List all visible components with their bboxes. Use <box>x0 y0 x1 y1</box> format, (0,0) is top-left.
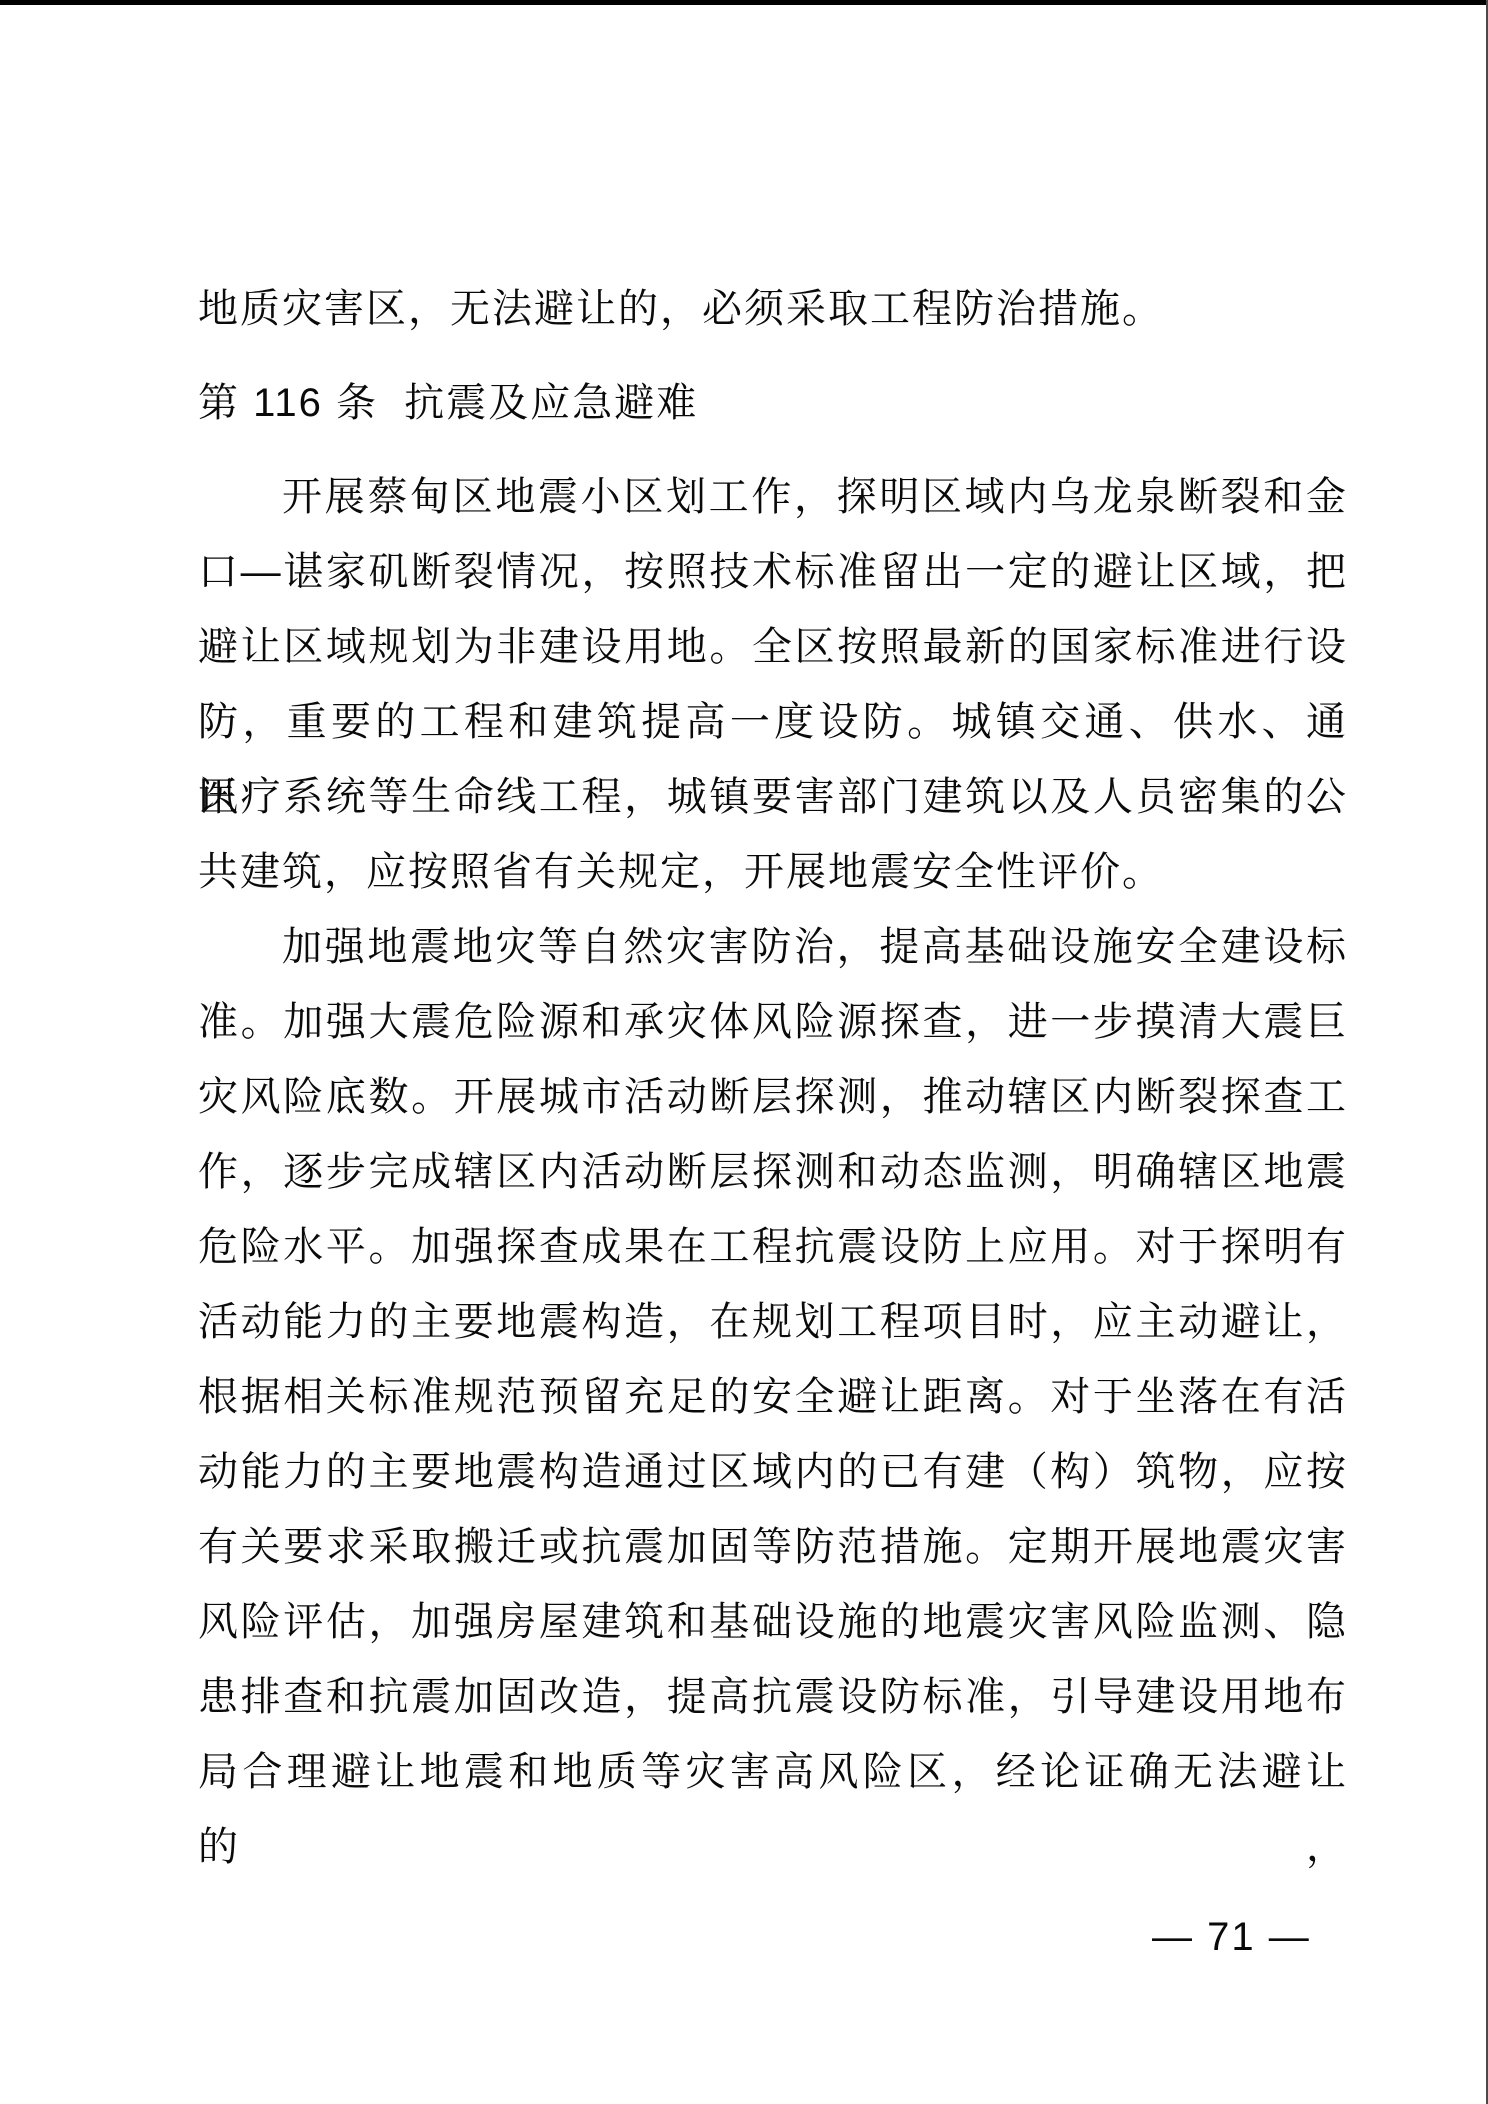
paragraph-2-line: 加强地震地灾等自然灾害防治，提高基础设施安全建设标 <box>198 910 1348 985</box>
paragraph-1-line: 防，重要的工程和建筑提高一度设防。城镇交通、供水、通讯、 <box>198 685 1348 760</box>
page-number: — 71 — <box>1152 1912 1311 1962</box>
paragraph-2-line: 风险评估，加强房屋建筑和基础设施的地震灾害风险监测、隐 <box>198 1585 1348 1660</box>
paragraph-2-line: 局合理避让地震和地质等灾害高风险区，经论证确无法避让的， <box>198 1735 1348 1810</box>
paragraph-2-line: 根据相关标准规范预留充足的安全避让距离。对于坐落在有活 <box>198 1360 1348 1435</box>
paragraph-1-line: 医疗系统等生命线工程，城镇要害部门建筑以及人员密集的公 <box>198 760 1348 835</box>
paragraph-1-line: 口—谌家矶断裂情况，按照技术标准留出一定的避让区域，把 <box>198 535 1348 610</box>
scan-top-edge <box>0 0 1488 5</box>
article-heading: 第 116 条 抗震及应急避难 <box>198 366 1348 441</box>
paragraph-2-line: 动能力的主要地震构造通过区域内的已有建（构）筑物，应按 <box>198 1435 1348 1510</box>
paragraph-1-line: 避让区域规划为非建设用地。全区按照最新的国家标准进行设 <box>198 610 1348 685</box>
paragraph-2-line: 准。加强大震危险源和承灾体风险源探查，进一步摸清大震巨 <box>198 985 1348 1060</box>
document-page: 地质灾害区，无法避让的，必须采取工程防治措施。 第 116 条 抗震及应急避难 … <box>0 0 1488 2104</box>
paragraph-2-line: 灾风险底数。开展城市活动断层探测，推动辖区内断裂探查工 <box>198 1060 1348 1135</box>
paragraph-2-line: 患排查和抗震加固改造，提高抗震设防标准，引导建设用地布 <box>198 1660 1348 1735</box>
paragraph-2-line: 有关要求采取搬迁或抗震加固等防范措施。定期开展地震灾害 <box>198 1510 1348 1585</box>
paragraph-1-line: 共建筑，应按照省有关规定，开展地震安全性评价。 <box>198 835 1348 910</box>
paragraph-1-line: 开展蔡甸区地震小区划工作，探明区域内乌龙泉断裂和金 <box>198 460 1348 535</box>
continued-paragraph-line: 地质灾害区，无法避让的，必须采取工程防治措施。 <box>198 272 1348 347</box>
paragraph-2-line: 活动能力的主要地震构造，在规划工程项目时，应主动避让， <box>198 1285 1348 1360</box>
page-body-text: 地质灾害区，无法避让的，必须采取工程防治措施。 第 116 条 抗震及应急避难 … <box>198 272 1348 1810</box>
paragraph-2-line: 作，逐步完成辖区内活动断层探测和动态监测，明确辖区地震 <box>198 1135 1348 1210</box>
paragraph-2-line: 危险水平。加强探查成果在工程抗震设防上应用。对于探明有 <box>198 1210 1348 1285</box>
